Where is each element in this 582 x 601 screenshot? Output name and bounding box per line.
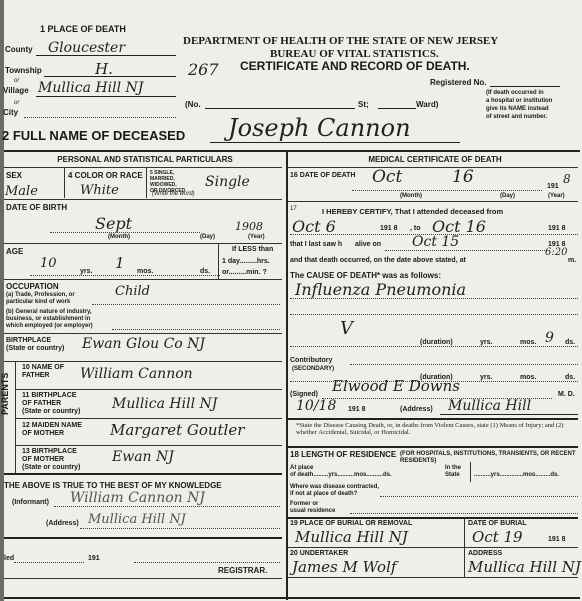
birthplace-value: Ewan Glou Co NJ: [82, 336, 205, 352]
undertaker-label: 20 UNDERTAKER: [290, 550, 348, 558]
place-of-death-heading: 1 PLACE OF DEATH: [40, 24, 126, 34]
mother-name-value: Margaret Goutler: [110, 421, 244, 439]
personal-heading: PERSONAL AND STATISTICAL PARTICULARS: [20, 155, 270, 164]
death-month-value: Oct: [372, 167, 402, 187]
occupation-b-label: (b) General nature of industry, business…: [6, 309, 93, 330]
at-place-label: At place of death.........yrs..........m…: [290, 465, 392, 479]
mother-name-label: 12 MAIDEN NAME OF MOTHER: [22, 422, 82, 438]
sex-label: SEX: [6, 171, 22, 180]
birthplace-label: BIRTHPLACE (State or country): [6, 337, 64, 353]
father-name-value: William Cannon: [80, 366, 193, 382]
occupation-a-label: (a) Trade, Profession, or particular kin…: [6, 292, 75, 306]
undertaker-address-value: Mullica Hill NJ: [468, 558, 581, 576]
informant-label: (Informant): [12, 499, 49, 507]
street-no-label: (No.: [185, 100, 201, 109]
record-number-mark: 267: [188, 60, 219, 79]
burial-date-value: Oct 19: [472, 528, 523, 546]
race-label: 4 COLOR OR RACE: [68, 171, 143, 180]
medical-heading: MEDICAL CERTIFICATE OF DEATH: [290, 155, 580, 164]
full-name-label: 2 FULL NAME OF DECEASED: [2, 128, 185, 143]
age-label: AGE: [6, 247, 23, 256]
informant-value: William Cannon NJ: [70, 490, 205, 506]
death-time-value: 6:20: [545, 247, 567, 258]
father-birthplace-label: 11 BIRTHPLACE OF FATHER (State or countr…: [22, 392, 80, 416]
physician-signature: Elwood E Downs: [332, 377, 460, 395]
father-name-label: 10 NAME OF FATHER: [22, 364, 64, 380]
father-birthplace-value: Mullica Hill NJ: [112, 396, 217, 412]
death-occurred-text: and that death occurred, on the date abo…: [290, 257, 466, 265]
former-residence-label: Former or usual residence: [290, 501, 335, 515]
race-value: White: [80, 183, 119, 198]
ward-label: Ward): [416, 100, 438, 109]
in-state-label: In the State: [445, 465, 461, 479]
mother-birthplace-label: 13 BIRTHPLACE OF MOTHER (State or countr…: [22, 448, 80, 472]
dob-label: DATE OF BIRTH: [6, 203, 67, 212]
physician-address-value: Mullica Hill: [448, 398, 531, 414]
death-certificate: 1 PLACE OF DEATH County Gloucester Towns…: [0, 0, 582, 601]
filed-label: led: [4, 555, 14, 563]
occupation-value: Child: [115, 284, 150, 299]
mother-birthplace-value: Ewan NJ: [112, 449, 174, 465]
last-seen-date-value: Oct 15: [412, 234, 459, 250]
hospital-note: (If death occurred in a hospital or inst…: [486, 89, 552, 121]
burial-date-label: DATE OF BURIAL: [468, 520, 527, 528]
registrar-label: REGISTRAR.: [218, 566, 267, 575]
where-contracted-label: Where was disease contracted, if not at …: [290, 484, 379, 498]
village-value: Mullica Hill NJ: [38, 80, 143, 96]
certify-text: I HEREBY CERTIFY, That I attended deceas…: [322, 208, 503, 216]
occupation-label: OCCUPATION: [6, 282, 59, 291]
duration-days-value: 9: [545, 330, 554, 346]
county-label: County: [5, 45, 33, 54]
residence-heading: 18 LENGTH OF RESIDENCE: [290, 450, 396, 459]
street-label: St;: [358, 100, 369, 109]
cause-of-death-value: Influenza Pneumonia: [295, 280, 466, 299]
dob-month-value: Sept: [95, 214, 132, 233]
certificate-title: CERTIFICATE AND RECORD OF DEATH.: [240, 59, 470, 73]
township-value: H.: [95, 60, 113, 78]
marital-value: Single: [205, 174, 250, 190]
informant-address-label: (Address): [46, 520, 79, 528]
death-day-value: 16: [452, 167, 474, 187]
parents-label: PARENTS: [0, 373, 10, 415]
contributory-label: Contributory: [290, 357, 332, 365]
dob-year-value: 1908: [235, 220, 263, 233]
age-months-value: 1: [115, 254, 125, 272]
cause-of-death-label: The CAUSE OF DEATH* was as follows:: [290, 272, 441, 280]
county-value: Gloucester: [48, 40, 125, 56]
cause-footnote: *State the Disease Causing Death, or, in…: [296, 422, 576, 436]
city-label: City: [3, 108, 18, 117]
township-label: Township: [5, 66, 42, 75]
signed-date-value: 10/18: [296, 398, 336, 414]
less-than-label: If LESS than: [232, 246, 273, 254]
burial-place-label: 19 PLACE OF BURIAL OR REMOVAL: [290, 520, 412, 528]
undertaker-value: James M Wolf: [292, 558, 396, 576]
age-years-value: 10: [40, 256, 57, 271]
full-name-value: Joseph Cannon: [228, 114, 411, 142]
informant-address-value: Mullica Hill NJ: [88, 512, 186, 527]
burial-place-value: Mullica Hill NJ: [295, 528, 408, 546]
sex-value: Male: [5, 184, 38, 199]
death-year-value: 8: [563, 172, 571, 186]
registered-no-label: Registered No.: [430, 78, 486, 87]
department-title: DEPARTMENT OF HEALTH OF THE STATE OF NEW…: [183, 35, 498, 47]
undertaker-address-label: ADDRESS: [468, 550, 502, 558]
informant-heading: THE ABOVE IS TRUE TO THE BEST OF MY KNOW…: [4, 481, 222, 490]
date-of-death-label: 16 DATE OF DEATH: [290, 172, 355, 180]
village-label: Village: [3, 86, 29, 95]
